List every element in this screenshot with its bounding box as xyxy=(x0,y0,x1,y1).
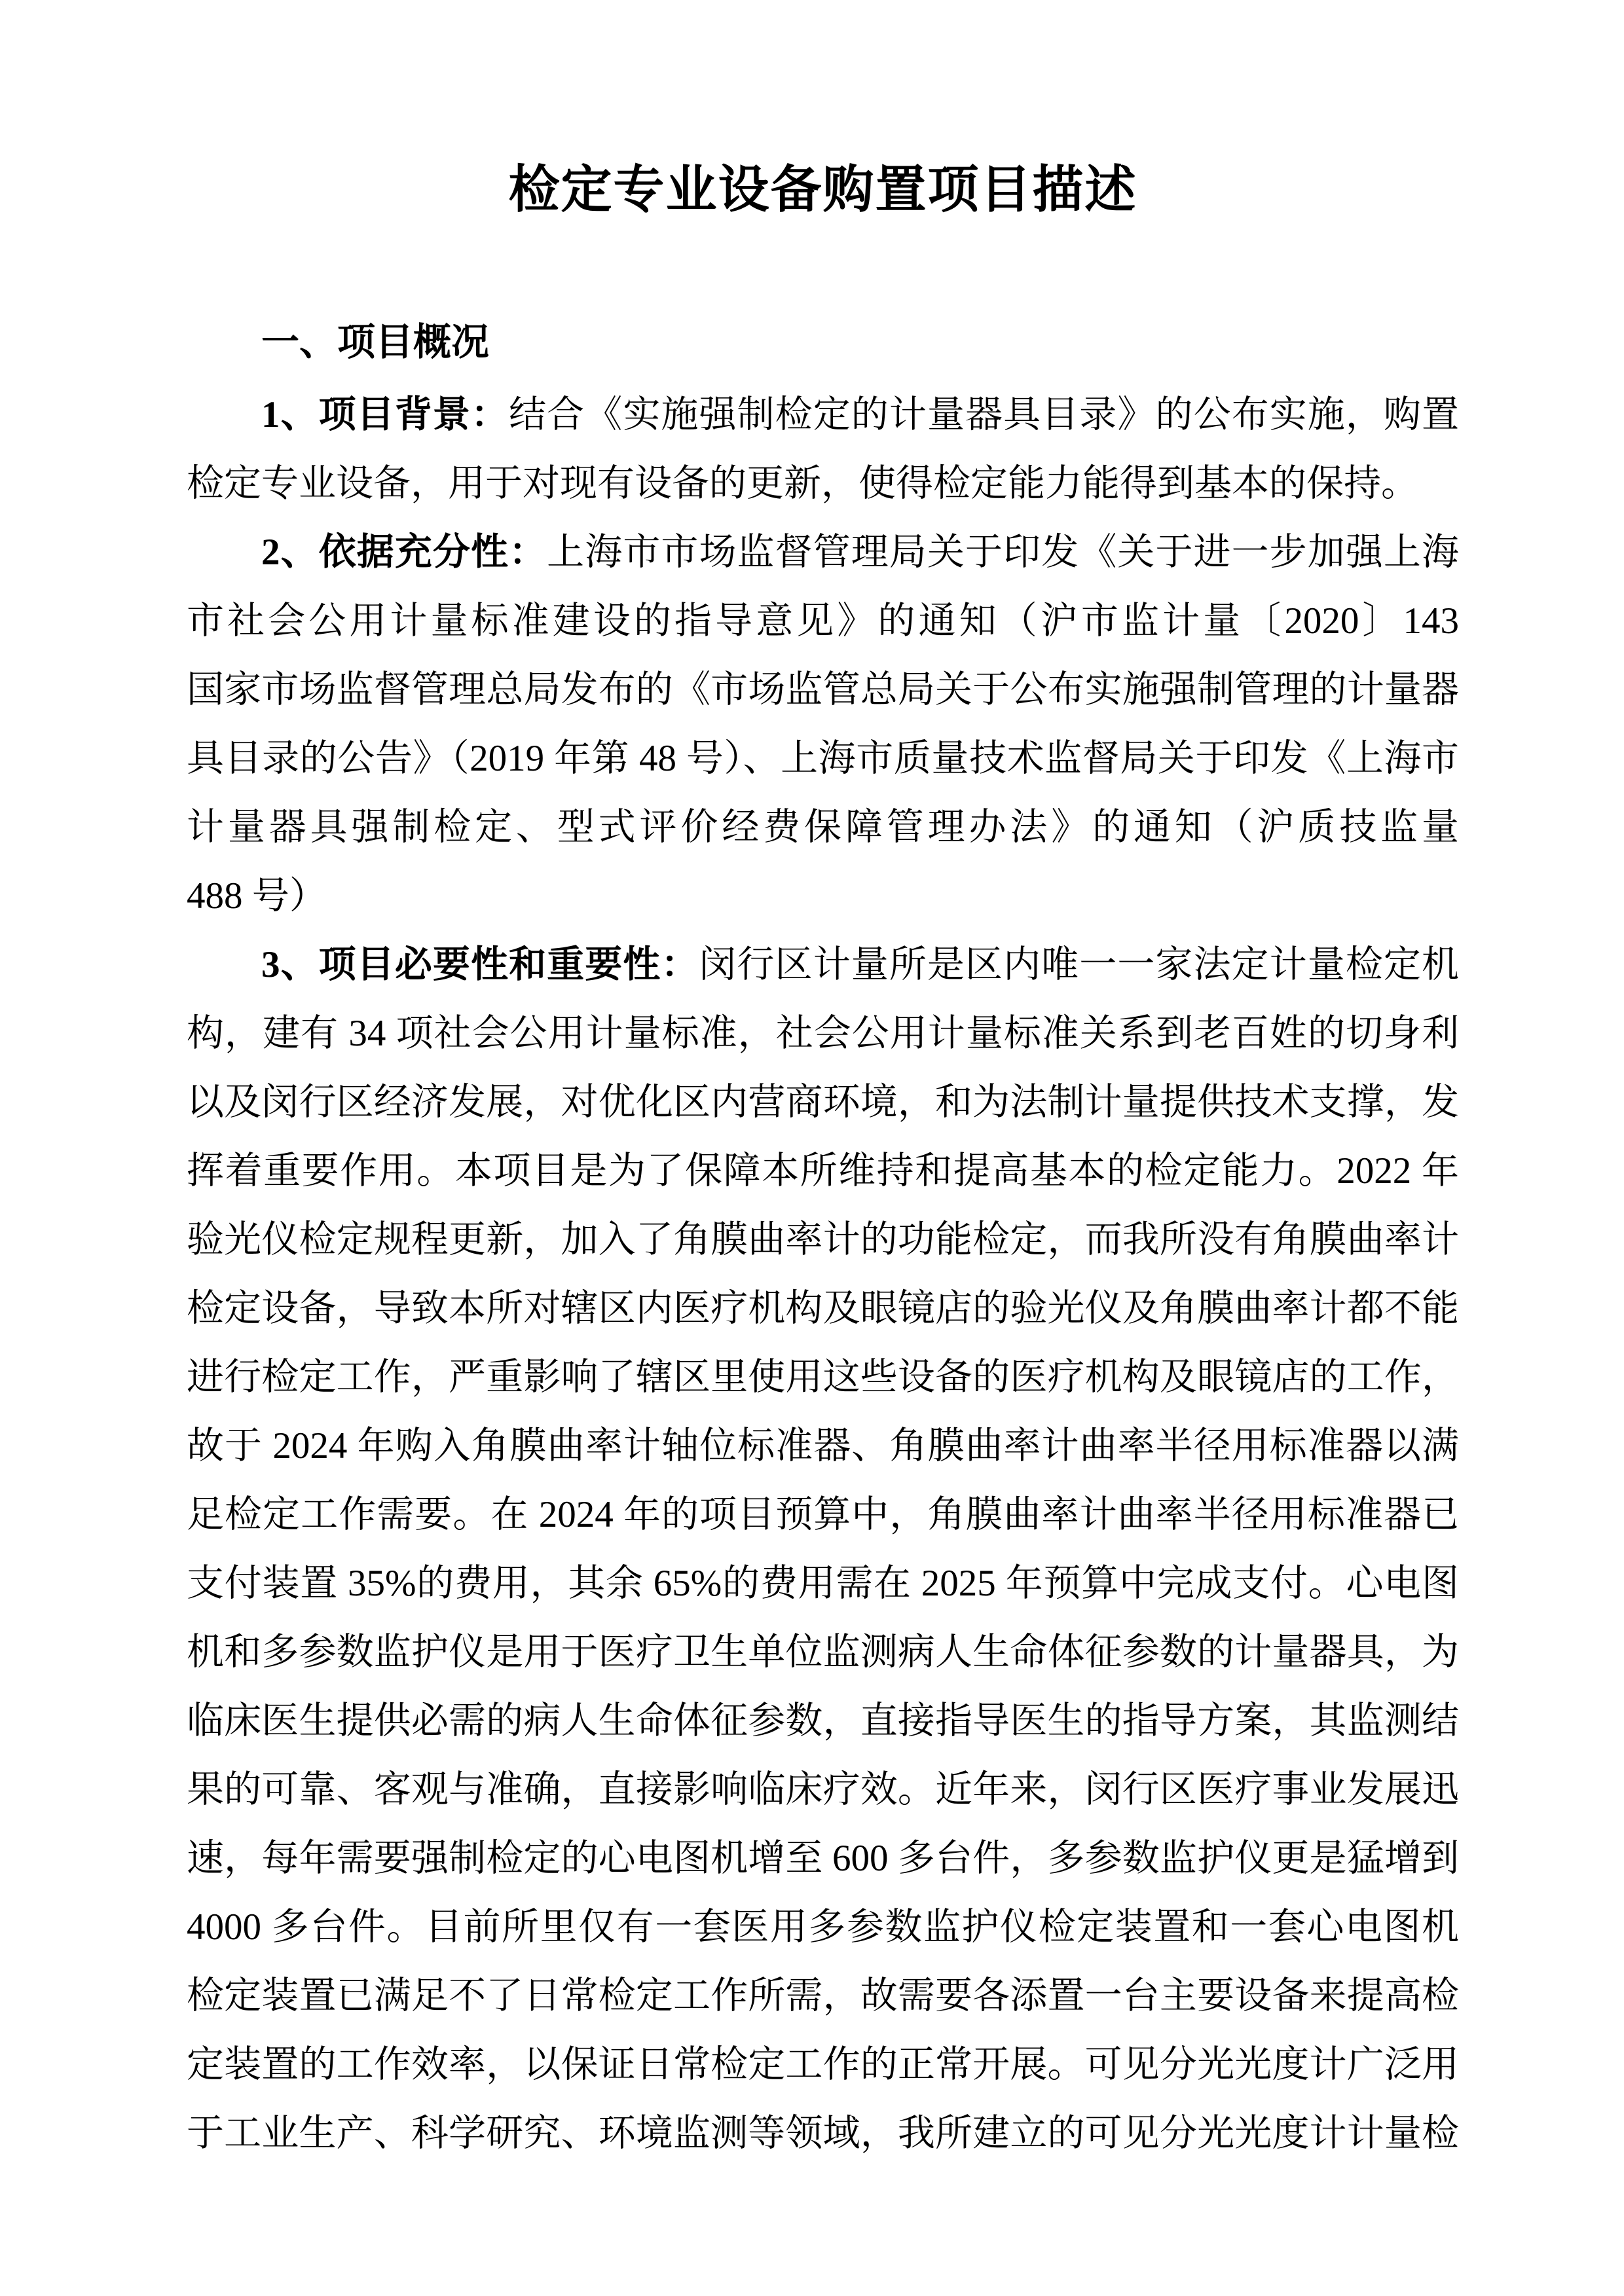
text-line: 以及闵行区经济发展，对优化区内营商环境，和为法制计量提供技术支撑，发 xyxy=(187,1068,1459,1137)
document-title: 检定专业设备购置项目描述 xyxy=(187,164,1459,216)
text-line: 定装置的工作效率，以保证日常检定工作的正常开展。可见分光光度计广泛用 xyxy=(187,2030,1459,2099)
text-run: 结合《实施强制检定的计量器具目录》的公布实施，购置 xyxy=(509,394,1459,435)
text-run: 闵行区计量所是区内唯一一家法定计量检定机 xyxy=(699,944,1459,985)
text-run: 果的可靠、客观与准确，直接影响临床疗效。近年来，闵行区医疗事业发展迅 xyxy=(187,1769,1459,1810)
text-line: 2、依据充分性：上海市市场监督管理局关于印发《关于进一步加强上海 xyxy=(187,518,1459,587)
bold-run: 1、项目背景： xyxy=(261,394,509,435)
text-line: 机和多参数监护仪是用于医疗卫生单位监测病人生命体征参数的计量器具，为 xyxy=(187,1618,1459,1686)
paragraph-1: 1、项目背景：结合《实施强制检定的计量器具目录》的公布实施，购置检定专业设备，用… xyxy=(187,380,1459,518)
text-line: 4000 多台件。目前所里仅有一套医用多参数监护仪检定装置和一套心电图机 xyxy=(187,1893,1459,1961)
text-run: 机和多参数监护仪是用于医疗卫生单位监测病人生命体征参数的计量器具，为 xyxy=(187,1631,1459,1673)
bold-run: 3、项目必要性和重要性： xyxy=(261,944,699,985)
text-run: 国家市场监督管理总局发布的《市场监管总局关于公布实施强制管理的计量器 xyxy=(187,669,1459,710)
text-run: 临床医生提供必需的病人生命体征参数，直接指导医生的指导方案，其监测结 xyxy=(187,1700,1459,1741)
text-line: 计量器具强制检定、型式评价经费保障管理办法》的通知（沪质技监量〔2018〕 xyxy=(187,793,1459,862)
text-run: 具目录的公告》（2019 年第 48 号）、上海市质量技术监督局关于印发《上海市 xyxy=(187,738,1459,779)
text-run: 构，建有 34 项社会公用计量标准，社会公用计量标准关系到老百姓的切身利益 xyxy=(187,1013,1459,1068)
text-line: 具目录的公告》（2019 年第 48 号）、上海市质量技术监督局关于印发《上海市 xyxy=(187,724,1459,793)
text-line: 挥着重要作用。本项目是为了保障本所维持和提高基本的检定能力。2022 年 xyxy=(187,1137,1459,1205)
text-run: 支付装置 35%的费用，其余 65%的费用需在 2025 年预算中完成支付。心电… xyxy=(187,1563,1459,1604)
text-run: 进行检定工作，严重影响了辖区里使用这些设备的医疗机构及眼镜店的工作， xyxy=(187,1357,1459,1398)
text-run: 于工业生产、科学研究、环境监测等领域，我所建立的可见分光光度计计量检 xyxy=(187,2113,1459,2154)
text-line: 1、项目背景：结合《实施强制检定的计量器具目录》的公布实施，购置 xyxy=(187,380,1459,449)
text-line: 速，每年需要强制检定的心电图机增至 600 多台件，多参数监护仪更是猛增到 xyxy=(187,1824,1459,1893)
text-line: 进行检定工作，严重影响了辖区里使用这些设备的医疗机构及眼镜店的工作， xyxy=(187,1343,1459,1412)
text-line: 果的可靠、客观与准确，直接影响临床疗效。近年来，闵行区医疗事业发展迅 xyxy=(187,1755,1459,1824)
text-run: 故于 2024 年购入角膜曲率计轴位标准器、角膜曲率计曲率半径用标准器以满 xyxy=(187,1425,1459,1467)
text-line: 支付装置 35%的费用，其余 65%的费用需在 2025 年预算中完成支付。心电… xyxy=(187,1549,1459,1618)
paragraph-3: 3、项目必要性和重要性：闵行区计量所是区内唯一一家法定计量检定机构，建有 34 … xyxy=(187,930,1459,2168)
text-run: 市社会公用计量标准建设的指导意见》的通知（沪市监计量〔2020〕143 号）、 xyxy=(187,600,1459,655)
text-run: 上海市市场监督管理局关于印发《关于进一步加强上海 xyxy=(547,532,1459,573)
text-run: 检定设备，导致本所对辖区内医疗机构及眼镜店的验光仪及角膜曲率计都不能 xyxy=(187,1288,1459,1329)
text-run: 挥着重要作用。本项目是为了保障本所维持和提高基本的检定能力。2022 年 xyxy=(187,1150,1459,1192)
text-line: 检定装置已满足不了日常检定工作所需，故需要各添置一台主要设备来提高检 xyxy=(187,1961,1459,2030)
text-run: 4000 多台件。目前所里仅有一套医用多参数监护仪检定装置和一套心电图机 xyxy=(187,1906,1459,1948)
text-run: 以及闵行区经济发展，对优化区内营商环境，和为法制计量提供技术支撑，发 xyxy=(187,1082,1459,1123)
document-body: 1、项目背景：结合《实施强制检定的计量器具目录》的公布实施，购置检定专业设备，用… xyxy=(187,380,1459,2168)
text-line: 构，建有 34 项社会公用计量标准，社会公用计量标准关系到老百姓的切身利益 xyxy=(187,999,1459,1068)
text-line: 检定设备，导致本所对辖区内医疗机构及眼镜店的验光仪及角膜曲率计都不能 xyxy=(187,1274,1459,1343)
text-run: 计量器具强制检定、型式评价经费保障管理办法》的通知（沪质技监量〔2018〕 xyxy=(187,807,1459,862)
text-line: 488 号） xyxy=(187,862,1459,930)
text-line: 验光仪检定规程更新，加入了角膜曲率计的功能检定，而我所没有角膜曲率计 xyxy=(187,1205,1459,1274)
text-line: 于工业生产、科学研究、环境监测等领域，我所建立的可见分光光度计计量检 xyxy=(187,2099,1459,2168)
bold-run: 2、依据充分性： xyxy=(261,532,547,573)
text-line: 检定专业设备，用于对现有设备的更新，使得检定能力能得到基本的保持。 xyxy=(187,449,1459,518)
text-line: 临床医生提供必需的病人生命体征参数，直接指导医生的指导方案，其监测结 xyxy=(187,1686,1459,1755)
text-run: 速，每年需要强制检定的心电图机增至 600 多台件，多参数监护仪更是猛增到 xyxy=(187,1838,1459,1879)
text-run: 验光仪检定规程更新，加入了角膜曲率计的功能检定，而我所没有角膜曲率计 xyxy=(187,1219,1459,1260)
text-line: 足检定工作需要。在 2024 年的项目预算中，角膜曲率计曲率半径用标准器已 xyxy=(187,1480,1459,1549)
paragraph-2: 2、依据充分性：上海市市场监督管理局关于印发《关于进一步加强上海市社会公用计量标… xyxy=(187,518,1459,930)
document-page: 检定专业设备购置项目描述 一、项目概况 1、项目背景：结合《实施强制检定的计量器… xyxy=(0,0,1624,2296)
section-heading: 一、项目概况 xyxy=(187,322,1459,363)
text-run: 足检定工作需要。在 2024 年的项目预算中，角膜曲率计曲率半径用标准器已 xyxy=(187,1494,1459,1535)
text-line: 国家市场监督管理总局发布的《市场监管总局关于公布实施强制管理的计量器 xyxy=(187,655,1459,724)
text-line: 市社会公用计量标准建设的指导意见》的通知（沪市监计量〔2020〕143 号）、 xyxy=(187,587,1459,655)
text-run: 检定专业设备，用于对现有设备的更新，使得检定能力能得到基本的保持。 xyxy=(187,463,1418,504)
text-line: 故于 2024 年购入角膜曲率计轴位标准器、角膜曲率计曲率半径用标准器以满 xyxy=(187,1412,1459,1480)
text-run: 488 号） xyxy=(187,875,327,917)
text-run: 检定装置已满足不了日常检定工作所需，故需要各添置一台主要设备来提高检 xyxy=(187,1975,1459,2016)
text-line: 3、项目必要性和重要性：闵行区计量所是区内唯一一家法定计量检定机 xyxy=(187,930,1459,999)
text-run: 定装置的工作效率，以保证日常检定工作的正常开展。可见分光光度计广泛用 xyxy=(187,2044,1459,2085)
